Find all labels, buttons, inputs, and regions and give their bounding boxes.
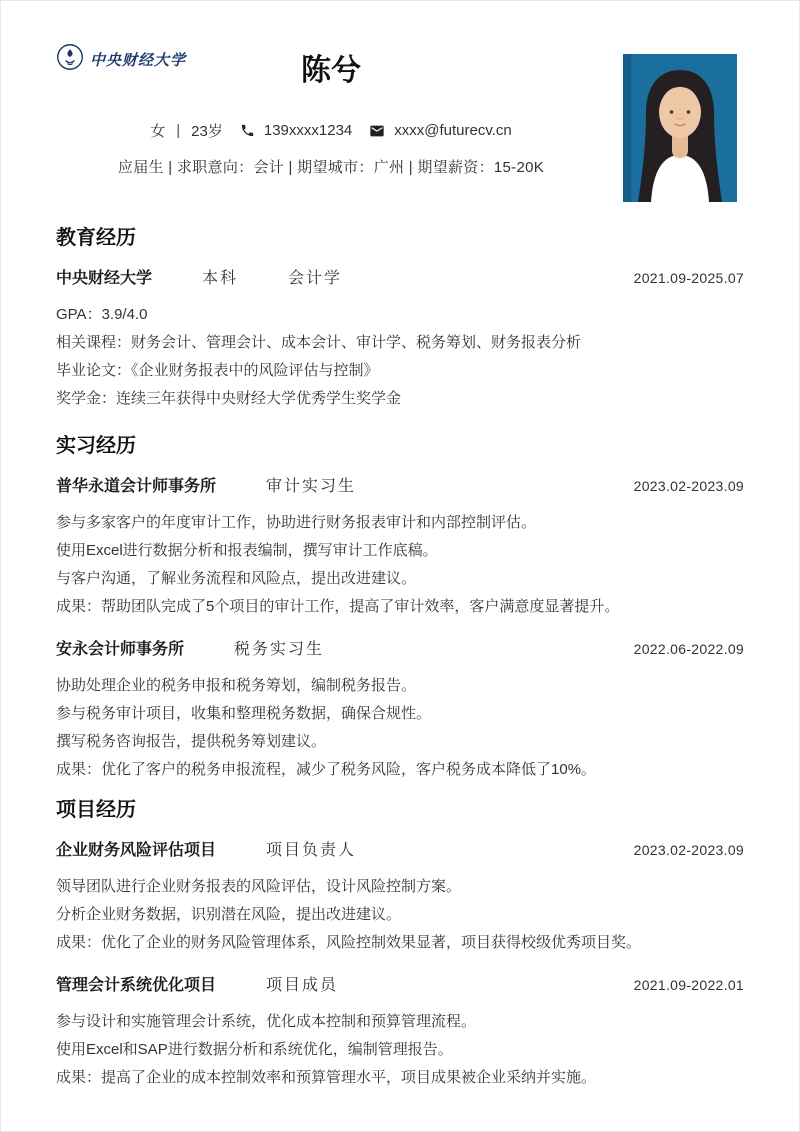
candidate-name: 陈兮 — [56, 54, 606, 88]
detail-line: 成果：优化了企业的财务风险管理体系，风险控制效果显著，项目获得校级优秀项目奖。 — [56, 929, 744, 957]
entry-header: 中央财经大学 本科 会计学 2021.09-2025.07 — [56, 268, 744, 289]
mail-icon — [369, 123, 385, 139]
age: 23岁 — [191, 120, 223, 141]
detail-line: 使用Excel进行数据分析和报表编制，撰写审计工作底稿。 — [56, 537, 744, 565]
detail-line: 毕业论文：《企业财务报表中的风险评估与控制》 — [56, 357, 744, 385]
detail-line: 奖学金：连续三年获得中央财经大学优秀学生奖学金 — [56, 385, 744, 413]
detail-line: 成果：优化了客户的税务申报流程，减少了税务风险，客户税务成本降低了10%。 — [56, 756, 744, 784]
detail-line: 使用Excel和SAP进行数据分析和系统优化，编制管理报告。 — [56, 1036, 744, 1064]
project-entry: 管理会计系统优化项目 项目成员 2021.09-2022.01 参与设计和实施管… — [56, 975, 744, 1092]
phone-number: 139xxxx1234 — [264, 122, 352, 139]
project-name: 企业财务风险评估项目 — [56, 841, 216, 861]
section-education: 教育经历 中央财经大学 本科 会计学 2021.09-2025.07 GPA：3… — [56, 226, 744, 413]
project-role: 项目成员 — [266, 976, 338, 996]
entry-details: GPA：3.9/4.0 相关课程：财务会计、管理会计、成本会计、审计学、税务筹划… — [56, 301, 744, 413]
phone-icon — [240, 123, 255, 138]
date-range: 2023.02-2023.09 — [634, 840, 744, 860]
profile-photo — [623, 54, 737, 202]
detail-line: 分析企业财务数据，识别潜在风险，提出改进建议。 — [56, 901, 744, 929]
project-name: 管理会计系统优化项目 — [56, 976, 216, 996]
contact-line-1: 女 | 23岁 139xxxx1234 xxxx@futurecv.cn — [56, 120, 606, 141]
section-projects: 项目经历 企业财务风险评估项目 项目负责人 2023.02-2023.09 领导… — [56, 798, 744, 1092]
project-role: 项目负责人 — [266, 841, 356, 861]
company-name: 普华永道会计师事务所 — [56, 477, 216, 497]
date-range: 2023.02-2023.09 — [634, 476, 744, 496]
entry-header: 安永会计师事务所 税务实习生 2022.06-2022.09 — [56, 639, 744, 660]
email: xxxx@futurecv.cn — [394, 122, 511, 139]
gender: 女 — [150, 120, 165, 141]
section-title-internship: 实习经历 — [56, 434, 744, 458]
resume-page: 中央财经大学 陈兮 女 | 23岁 139xxxx1234 xxxx@futur… — [0, 0, 800, 1132]
internship-entry: 普华永道会计师事务所 审计实习生 2023.02-2023.09 参与多家客户的… — [56, 476, 744, 621]
detail-line: 成果：提高了企业的成本控制效率和预算管理水平，项目成果被企业采纳并实施。 — [56, 1064, 744, 1092]
major: 会计学 — [288, 269, 342, 289]
entry-details: 参与设计和实施管理会计系统，优化成本控制和预算管理流程。 使用Excel和SAP… — [56, 1008, 744, 1092]
detail-line: 参与设计和实施管理会计系统，优化成本控制和预算管理流程。 — [56, 1008, 744, 1036]
detail-line: 参与税务审计项目，收集和整理税务数据，确保合规性。 — [56, 700, 744, 728]
detail-line: 领导团队进行企业财务报表的风险评估，设计风险控制方案。 — [56, 873, 744, 901]
detail-line: GPA：3.9/4.0 — [56, 301, 744, 329]
detail-line: 撰写税务咨询报告，提供税务筹划建议。 — [56, 728, 744, 756]
internship-entry: 安永会计师事务所 税务实习生 2022.06-2022.09 协助处理企业的税务… — [56, 639, 744, 784]
section-internship: 实习经历 普华永道会计师事务所 审计实习生 2023.02-2023.09 参与… — [56, 434, 744, 784]
entry-details: 参与多家客户的年度审计工作，协助进行财务报表审计和内部控制评估。 使用Excel… — [56, 509, 744, 621]
job-title: 审计实习生 — [266, 477, 356, 497]
degree: 本科 — [202, 269, 238, 289]
project-entry: 企业财务风险评估项目 项目负责人 2023.02-2023.09 领导团队进行企… — [56, 840, 744, 957]
separator: | — [174, 122, 182, 139]
education-entry: 中央财经大学 本科 会计学 2021.09-2025.07 GPA：3.9/4.… — [56, 268, 744, 413]
section-title-projects: 项目经历 — [56, 798, 744, 822]
entry-header: 管理会计系统优化项目 项目成员 2021.09-2022.01 — [56, 975, 744, 996]
detail-line: 成果：帮助团队完成了5个项目的审计工作，提高了审计效率，客户满意度显著提升。 — [56, 593, 744, 621]
detail-line: 相关课程：财务会计、管理会计、成本会计、审计学、税务筹划、财务报表分析 — [56, 329, 744, 357]
detail-line: 参与多家客户的年度审计工作，协助进行财务报表审计和内部控制评估。 — [56, 509, 744, 537]
company-name: 安永会计师事务所 — [56, 640, 184, 660]
detail-line: 协助处理企业的税务申报和税务筹划，编制税务报告。 — [56, 672, 744, 700]
entry-header: 企业财务风险评估项目 项目负责人 2023.02-2023.09 — [56, 840, 744, 861]
date-range: 2021.09-2022.01 — [634, 975, 744, 995]
detail-line: 与客户沟通，了解业务流程和风险点，提出改进建议。 — [56, 565, 744, 593]
entry-header: 普华永道会计师事务所 审计实习生 2023.02-2023.09 — [56, 476, 744, 497]
school-name: 中央财经大学 — [56, 269, 152, 289]
date-range: 2022.06-2022.09 — [634, 639, 744, 659]
entry-details: 领导团队进行企业财务报表的风险评估，设计风险控制方案。 分析企业财务数据，识别潜… — [56, 873, 744, 957]
job-title: 税务实习生 — [234, 640, 324, 660]
contact-line-2: 应届生 | 求职意向：会计 | 期望城市：广州 | 期望薪资：15-20K — [56, 156, 606, 177]
section-title-education: 教育经历 — [56, 226, 744, 250]
resume-header: 中央财经大学 陈兮 女 | 23岁 139xxxx1234 xxxx@futur… — [56, 1, 744, 211]
date-range: 2021.09-2025.07 — [634, 268, 744, 288]
entry-details: 协助处理企业的税务申报和税务筹划，编制税务报告。 参与税务审计项目，收集和整理税… — [56, 672, 744, 784]
